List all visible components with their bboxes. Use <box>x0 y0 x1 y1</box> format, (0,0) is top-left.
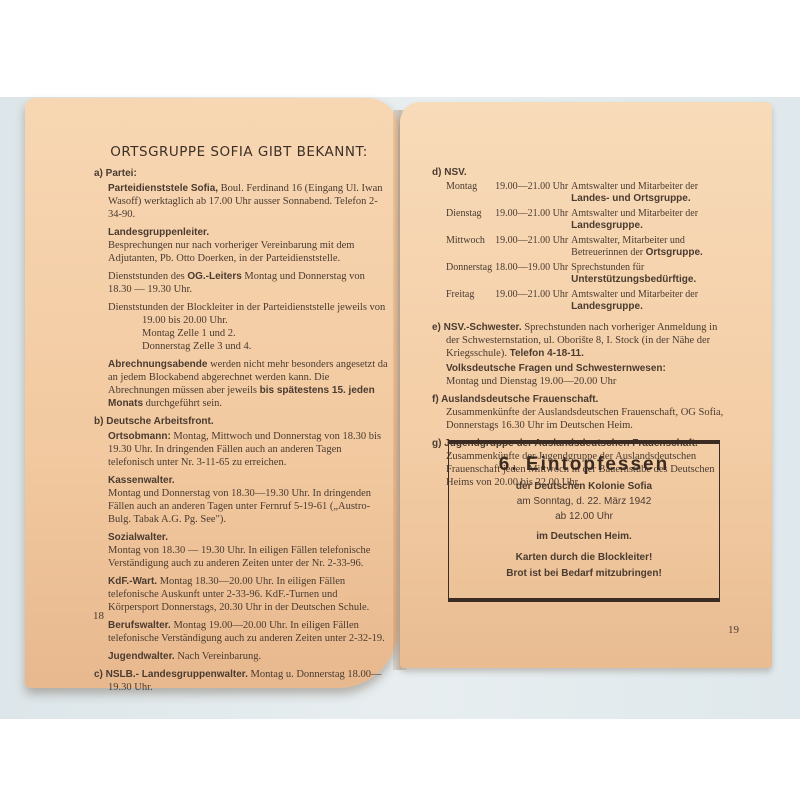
table-row: Montag 19.00—21.00 Uhr Amtswalter und Mi… <box>446 181 726 208</box>
table-row: Mittwoch 19.00—21.00 Uhr Amtswalter, Mit… <box>446 235 726 262</box>
page-number: 19 <box>728 624 739 636</box>
left-page-content: ORTSGRUPPE SOFIA GIBT BEKANNT: a) Partei… <box>108 146 390 699</box>
announcement-box: 6. Eintopfessen der Deutschen Kolonie So… <box>448 440 720 602</box>
section-nsv: d) NSV. Montag 19.00—21.00 Uhr Amtswalte… <box>446 166 726 316</box>
list-item: Volksdeutsche Fragen und Schwesternwesen… <box>446 362 726 388</box>
section-heading: a) Partei: <box>94 167 390 180</box>
page-number: 18 <box>93 610 104 622</box>
table-row: Donnerstag 18.00—19.00 Uhr Sprechstunden… <box>446 262 726 289</box>
list-item: Ortsobmann: Montag, Mittwoch und Donners… <box>108 430 390 469</box>
list-item: Dienststunden der Blockleiter in der Par… <box>108 301 390 353</box>
list-item: Kassenwalter. Montag und Donnerstag von … <box>108 474 390 526</box>
table-row: Dienstag 19.00—21.00 Uhr Amtswalter und … <box>446 208 726 235</box>
list-item: Parteidienststele Sofia, Boul. Ferdinand… <box>108 182 390 221</box>
section-frauenschaft: f) Auslandsdeutsche Frauenschaft. Zusamm… <box>446 393 726 432</box>
list-item: Jugendwalter. Nach Vereinbarung. <box>108 650 390 663</box>
left-page: ORTSGRUPPE SOFIA GIBT BEKANNT: a) Partei… <box>25 98 398 688</box>
nsv-schedule-table: Montag 19.00—21.00 Uhr Amtswalter und Mi… <box>446 181 726 316</box>
section-nslb: c) NSLB.- Landesgruppenwalter. Montag u.… <box>108 668 390 694</box>
section-heading: c) NSLB.- Landesgruppenwalter. <box>94 669 248 680</box>
list-item: Abrechnungsabende werden nicht mehr beso… <box>108 358 390 410</box>
page-title: ORTSGRUPPE SOFIA GIBT BEKANNT: <box>88 146 390 159</box>
section-heading: e) NSV.-Schwester. <box>432 322 522 333</box>
announcement-heading: 6. Eintopfessen <box>449 454 719 476</box>
section-heading: f) Auslandsdeutsche Frauenschaft. <box>432 393 726 406</box>
list-item: Berufswalter. Montag 19.00—20.00 Uhr. In… <box>108 619 390 645</box>
section-heading: d) NSV. <box>432 166 726 179</box>
section-heading: b) Deutsche Arbeitsfront. <box>94 415 390 428</box>
list-item: Landesgruppenleiter. Besprechungen nur n… <box>108 226 390 265</box>
section-partei: a) Partei: Parteidienststele Sofia, Boul… <box>108 167 390 410</box>
section-nsv-schwester: e) NSV.-Schwester. Sprechstunden nach vo… <box>446 321 726 388</box>
list-item: Sozialwalter. Montag von 18.30 — 19.30 U… <box>108 531 390 570</box>
table-row: Freitag 19.00—21.00 Uhr Amtswalter und M… <box>446 289 726 316</box>
list-item: Dienststunden des OG.-Leiters Montag und… <box>108 270 390 296</box>
right-page: d) NSV. Montag 19.00—21.00 Uhr Amtswalte… <box>400 102 772 668</box>
section-arbeitsfront: b) Deutsche Arbeitsfront. Ortsobmann: Mo… <box>108 415 390 663</box>
list-item: KdF.-Wart. Montag 18.30—20.00 Uhr. In ei… <box>108 575 390 614</box>
